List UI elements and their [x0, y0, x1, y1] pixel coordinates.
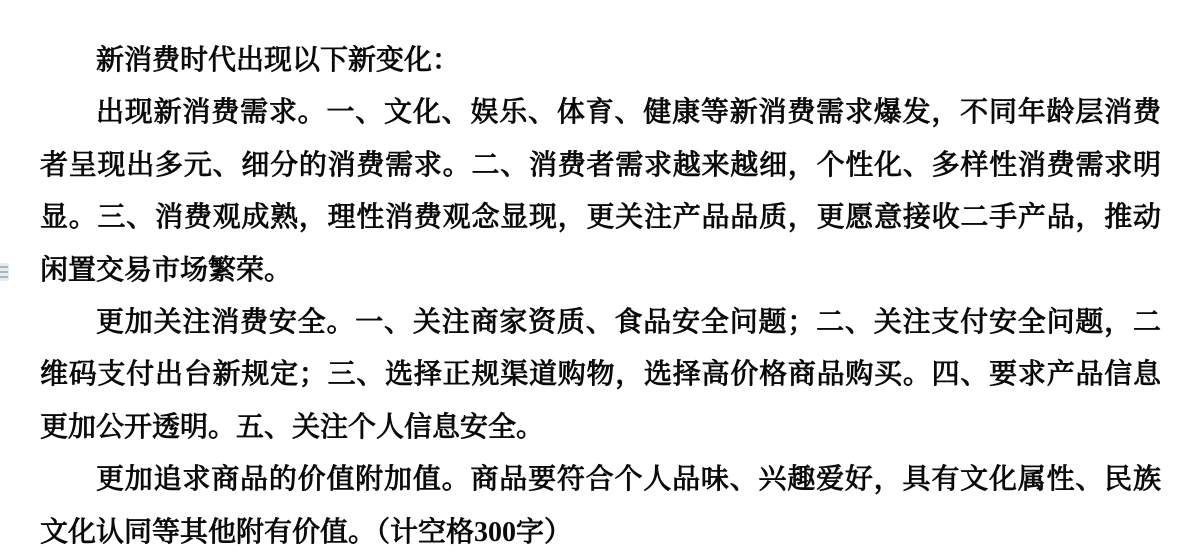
list-icon-bar [0, 271, 8, 273]
document-page: 新消费时代出现以下新变化：出现新消费需求。一、文化、娱乐、体育、健康等新消费需求… [0, 0, 1183, 558]
text-line: 新消费时代出现以下新变化： [40, 35, 1161, 87]
paragraph: 更加关注消费安全。一、关注商家资质、食品安全问题；二、关注支付安全问题，二维码支… [40, 297, 1161, 454]
list-icon-bar [0, 266, 8, 268]
paragraph: 更加追求商品的价值附加值。商品要符合个人品味、兴趣爱好，具有文化属性、民族文化认… [40, 454, 1161, 558]
text-line: 文化认同等其他附有价值。（计空格300字） [40, 507, 1161, 558]
text-line: 更加追求商品的价值附加值。商品要符合个人品味、兴趣爱好，具有文化属性、民族 [40, 454, 1161, 506]
text-line: 更加公开透明。五、关注个人信息安全。 [40, 402, 1161, 454]
clipped-list-icon [0, 263, 9, 281]
text-line: 显。三、消费观成熟，理性消费观念显现，更关注产品品质，更愿意接收二手产品，推动 [40, 192, 1161, 244]
text-line: 更加关注消费安全。一、关注商家资质、食品安全问题；二、关注支付安全问题，二 [40, 297, 1161, 349]
paragraph: 出现新消费需求。一、文化、娱乐、体育、健康等新消费需求爆发，不同年龄层消费者呈现… [40, 87, 1161, 297]
text-line: 出现新消费需求。一、文化、娱乐、体育、健康等新消费需求爆发，不同年龄层消费 [40, 87, 1161, 139]
text-line: 维码支付出台新规定；三、选择正规渠道购物，选择高价格商品购买。四、要求产品信息 [40, 349, 1161, 401]
list-icon-bar [0, 276, 8, 278]
text-line: 闲置交易市场繁荣。 [40, 245, 1161, 297]
paragraph: 新消费时代出现以下新变化： [40, 35, 1161, 87]
document-text-body: 新消费时代出现以下新变化：出现新消费需求。一、文化、娱乐、体育、健康等新消费需求… [40, 35, 1161, 558]
text-line: 者呈现出多元、细分的消费需求。二、消费者需求越来越细，个性化、多样性消费需求明 [40, 140, 1161, 192]
